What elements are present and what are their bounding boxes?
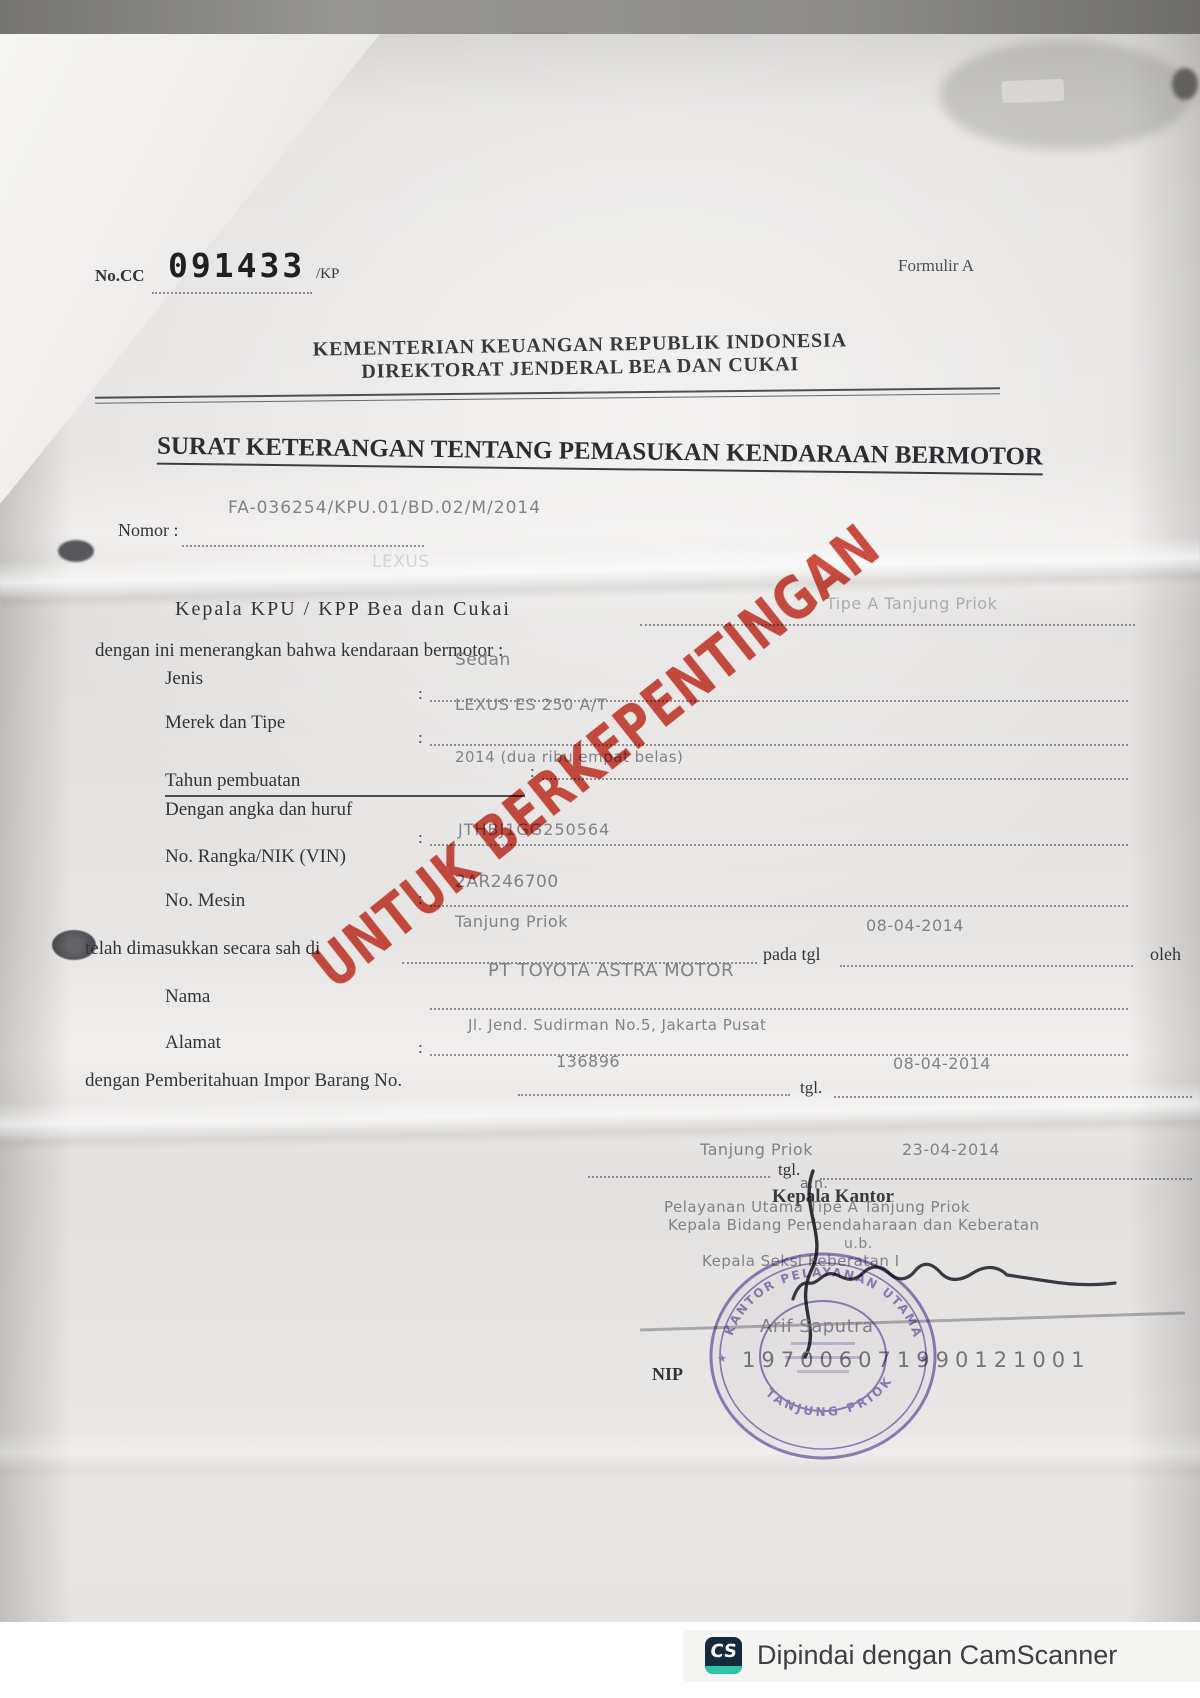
stamp-inner-text-line (797, 1370, 849, 1373)
field-label-tahun: Tahun pembuatan (165, 770, 525, 797)
nomor-value: FA-036254/KPU.01/BD.02/M/2014 (228, 498, 541, 518)
nama-label: Nama (165, 986, 210, 1008)
pib-date-label: tgl. (800, 1078, 822, 1098)
dotted-line (542, 778, 1128, 780)
scan-shadow (940, 40, 1190, 150)
scan-artifact (1002, 79, 1065, 103)
field-label-mesin: No. Mesin (165, 890, 245, 912)
field-label-jenis: Jenis (165, 668, 203, 690)
field-label-merek: Merek dan Tipe (165, 712, 285, 734)
form-number-label: No.CC (95, 266, 145, 286)
camscanner-icon-accent (705, 1666, 742, 1674)
dotted-line (430, 744, 1128, 746)
scan-artifact (1172, 68, 1198, 100)
entry-date-label: pada tgl (763, 944, 820, 965)
entry-date: 08-04-2014 (866, 916, 964, 935)
stamp-inner-text-line (785, 1356, 861, 1359)
stamp-star-right: ★ (919, 1353, 929, 1365)
dotted-line (152, 292, 312, 294)
ghost-text: LEXUS (372, 552, 430, 572)
dotted-line (518, 1094, 790, 1096)
form-number-value: 091433 (168, 246, 305, 285)
intro-text: dengan ini menerangkan bahwa kendaraan b… (95, 640, 503, 662)
dotted-line (840, 965, 1133, 967)
alamat-label: Alamat (165, 1032, 221, 1054)
camscanner-caption: Dipindai dengan CamScanner (757, 1640, 1117, 1671)
camscanner-footer-bar: CS Dipindai dengan CamScanner (683, 1630, 1200, 1682)
scanned-document-page: No.CC 091433 /KP Formulir A KEMENTERIAN … (0, 0, 1200, 1698)
form-type-label: Formulir A (898, 256, 974, 276)
colon: : (418, 684, 423, 704)
nama-value: PT TOYOTA ASTRA MOTOR (488, 960, 734, 981)
nomor-label: Nomor : (118, 520, 179, 541)
scan-top-edge (0, 0, 1200, 34)
form-number-suffix: /KP (316, 266, 339, 283)
dotted-line (182, 545, 424, 547)
alamat-value: Jl. Jend. Sudirman No.5, Jakarta Pusat (468, 1016, 766, 1034)
official-stamp: KANTOR PELAYANAN UTAMA TANJUNG PRIOK ★ ★ (695, 1238, 951, 1470)
nip-label: NIP (652, 1364, 683, 1385)
field-label-vin: No. Rangka/NIK (VIN) (165, 846, 346, 868)
colon: : (418, 1038, 423, 1058)
dotted-line (430, 905, 1128, 907)
camscanner-icon: CS (705, 1637, 742, 1674)
closing-date: 23-04-2014 (902, 1140, 1000, 1159)
entry-prefix: telah dimasukkan secara sah di (85, 938, 320, 960)
entry-place: Tanjung Priok (455, 912, 568, 931)
field-value-jenis: Sedan (455, 650, 511, 670)
camscanner-icon-text: CS (705, 1637, 742, 1667)
dotted-line (430, 1008, 1128, 1010)
closing-city: Tanjung Priok (700, 1140, 813, 1159)
dotted-line (430, 1054, 1128, 1056)
field-sublabel-tahun: Dengan angka dan huruf (165, 799, 352, 821)
colon: : (418, 828, 423, 848)
colon: : (418, 728, 423, 748)
office-label: Kepala KPU / KPP Bea dan Cukai (175, 598, 511, 621)
scan-artifact (58, 540, 94, 562)
pib-number: 136896 (556, 1052, 620, 1071)
entry-suffix: oleh (1150, 944, 1181, 965)
field-value-merek: LEXUS ES 250 A/T (455, 695, 607, 714)
pib-label: dengan Pemberitahuan Impor Barang No. (85, 1070, 402, 1092)
dotted-line (834, 1096, 1192, 1098)
stamp-star-left: ★ (717, 1353, 727, 1365)
paper-crease (0, 1430, 1200, 1480)
pib-date: 08-04-2014 (893, 1054, 991, 1073)
stamp-inner-text-line (791, 1342, 855, 1345)
